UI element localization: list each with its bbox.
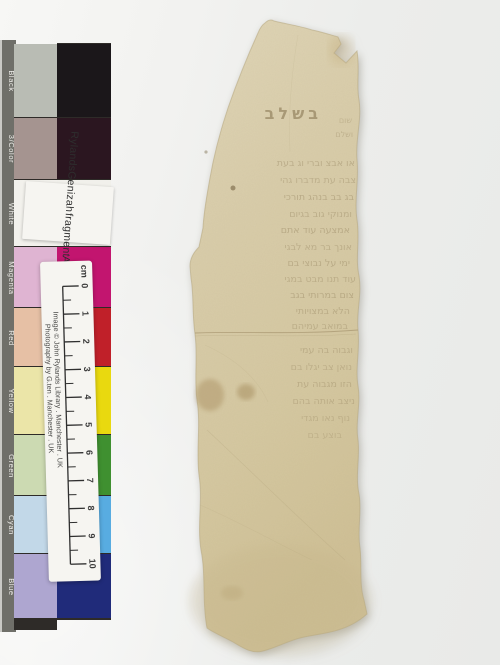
handwriting-line: אונך בר מא לבגי: [285, 242, 353, 253]
handwriting-line: הזו מגבוה עת: [297, 379, 352, 390]
manuscript-fragment: בשלבשוםושלםאו אבצ וברי וג בעתצבה עת מדבר…: [0, 0, 500, 665]
handwriting-line: בג בב בנהג תורכי: [284, 192, 355, 203]
fragment-stain: [196, 379, 224, 411]
handwriting-line: נואן צב יגלו בם: [291, 362, 352, 373]
handwriting-line: בוצע בם: [308, 430, 343, 441]
photo-stage: Black3/ColorWhiteMagentaRedYellowGreenCy…: [0, 0, 500, 665]
fragment-stain: [237, 384, 255, 400]
fragment-stain: [190, 545, 370, 655]
handwriting-line: ושלם: [335, 130, 353, 139]
handwriting-line: אמצעה עוד אתם: [281, 225, 350, 236]
fragment-stain: [231, 186, 236, 191]
handwriting-line: ניצב אותה בהם: [293, 396, 356, 407]
fragment-body: בשלבשוםושלםאו אבצ וברי וג בעתצבה עת מדבר…: [190, 20, 370, 655]
handwriting-line: או אבצ וברי וג בעת: [277, 158, 355, 169]
handwriting-line: בשלב: [265, 104, 322, 123]
handwriting-line: נוף נאו מגדי: [301, 413, 350, 424]
handwriting-line: עוד תנו מבט במגי: [284, 274, 356, 285]
handwriting-line: שום: [339, 116, 352, 125]
handwriting-line: הלא במצויותי: [296, 306, 350, 317]
handwriting-line: צום במרותי בגב: [290, 290, 354, 301]
fragment-stain: [204, 150, 207, 153]
handwriting-line: ימי על נבוצי בם: [287, 258, 350, 269]
handwriting-line: ומנוקי גוב בגיום: [289, 209, 352, 220]
fragment-stain: [329, 35, 353, 65]
handwriting-line: וגבוה בה עמי: [300, 345, 353, 356]
handwriting-line: צבה עת מדברו גהי: [280, 175, 356, 186]
handwriting-line: במואב עמיהם: [292, 321, 349, 332]
